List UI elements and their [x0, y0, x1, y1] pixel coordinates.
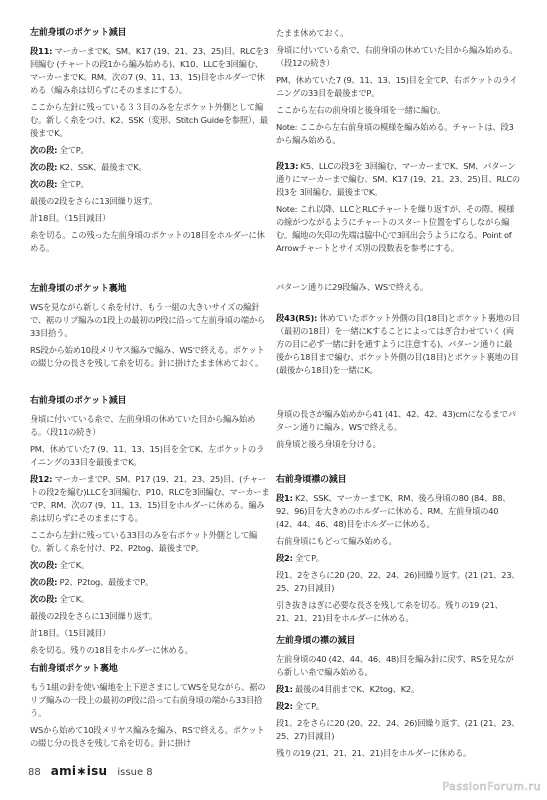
paragraph: 最後の2段をさらに13回繰り返す。 — [30, 610, 270, 623]
paragraph: ここから左針に残っている３３目のみを左ポケット外側として編む。新しく糸をつけ、K… — [30, 101, 270, 140]
paragraph: 段1、2をさらに20 (20、22、24、26)回繰り返す。(21 (21、23… — [276, 569, 520, 595]
paragraph: 段2: 全てP。 — [276, 552, 520, 565]
page-footer: 88 ami∗isu issue 8 — [28, 764, 153, 778]
section-right-neck-decrease: 右前身頃襟の減目 段1: K2、SSK、マーカーまでK、RM、後ろ身頃の80 (… — [276, 474, 520, 625]
section-right-pocket-decrease: 右前身頃のポケット減目 身頃に付いている糸で、左前身頃の休めていた目から編み始め… — [30, 395, 270, 657]
paragraph: 段43(RS): 休めていたポケット外側の目(18目)とポケット裏地の目（最初の… — [276, 312, 520, 377]
paragraph: 身頃の長さが編み始めから41 (41、42、42、43)cmになるまでパターン通… — [276, 408, 520, 434]
note-paragraph: Note: これ以降、LLCとRLCチャートを繰り返すが、その際、模様の線がつな… — [276, 203, 520, 255]
paragraph: 身頃に付いている糸で、右前身頃の休めていた目から編み始める。（段12の続き） — [276, 44, 520, 70]
section-row-13: 段13: K5、LLCの段3を 3回編む、マーカーまでK、SM、パターン通りにマ… — [276, 160, 520, 255]
paragraph: 身頃に付いている糸で、左前身頃の休めていた目から編み始める。（段11の続き） — [30, 413, 270, 439]
section-pattern-rows: パターン通りに29段編み、WSで終える。 — [276, 281, 520, 294]
paragraph: 計18目。（15目減目） — [30, 212, 270, 225]
paragraph: ここから左右の前身頃と後身頃を一緒に編む。 — [276, 104, 520, 117]
section-row-43: 段43(RS): 休めていたポケット外側の目(18目)とポケット裏地の目（最初の… — [276, 312, 520, 377]
section-left-pocket-decrease: 左前身頃のポケット減目 段11: マーカーまでK、SM、K17 (19、21、2… — [30, 27, 270, 255]
page-number: 88 — [28, 767, 41, 778]
paragraph: ここから左針に残っている33目のみを右ポケット外側として編む。新しく糸を付け、P… — [30, 529, 270, 555]
paragraph: 引き抜きはぎに必要な長さを残して糸を切る。残りの19 (21、21、21、21)… — [276, 599, 520, 625]
section-right-pocket-lining: 右前身頃ポケット裏地 もう1組の針を使い編地を上下逆さまにしてWSを見ながら、裾… — [30, 663, 270, 750]
section-left-pocket-lining: 左前身頃のポケット裏地 WSを見ながら新しく糸を付け、もう一組の大きいサイズの編… — [30, 283, 270, 370]
paragraph: 次の段: K2、SSK、最後までK。 — [30, 161, 270, 174]
paragraph: WSを見ながら新しく糸を付け、もう一組の大きいサイズの編針で、裾のリブ編みの1段… — [30, 301, 270, 340]
paragraph: 段1、2をさらに20 (20、22、24、26)回繰り返す。(21 (21、23… — [276, 717, 520, 743]
paragraph: 前身頃と後ろ身頃を分ける。 — [276, 438, 520, 451]
paragraph: 右前身頃にもどって編み始める。 — [276, 535, 520, 548]
section-heading: 右前身頃襟の減目 — [276, 474, 520, 487]
paragraph: WSから始めて10段メリヤス編みを編み、RSで終える。ポケットの綴じ分の長さを残… — [30, 724, 270, 750]
row-label: 段11: — [30, 46, 52, 56]
paragraph: 段1: K2、SSK、マーカーまでK、RM、後ろ身頃の80 (84、88、92、… — [276, 492, 520, 531]
paragraph: 段1: 最後の4目前までK、K2tog、K2。 — [276, 683, 520, 696]
issue-label: issue 8 — [117, 767, 152, 778]
paragraph: 段2: 全てP。 — [276, 700, 520, 713]
paragraph: 次の段: 全てK。 — [30, 593, 270, 606]
paragraph: 左前身頃の40 (42、44、46、48)目を編み針に戻す、RSを見ながら新しい… — [276, 653, 520, 679]
section-heading: 左前身頃のポケット裏地 — [30, 283, 270, 296]
paragraph: 段11: マーカーまでK、SM、K17 (19、21、23、25)目、RLCを3… — [30, 45, 270, 97]
paragraph: パターン通りに29段編み、WSで終える。 — [276, 281, 520, 294]
paragraph: PM、休めていた7 (9、11、13、15)目を全てP、右ポケットのライニングの… — [276, 74, 520, 100]
paragraph: 次の段: 全てP。 — [30, 178, 270, 191]
section-heading: 右前身頃のポケット減目 — [30, 395, 270, 408]
section-heading: 右前身頃ポケット裏地 — [30, 663, 270, 676]
paragraph: 糸を切る。この残った左前身頃のポケットの18目をホルダーに休める。 — [30, 229, 270, 255]
watermark: PassionForum.ru — [443, 780, 541, 793]
section-continuation: たまま休めておく。 身頃に付いている糸で、右前身頃の休めていた目から編み始める。… — [276, 27, 520, 147]
paragraph: 次の段: 全てK。 — [30, 559, 270, 572]
paragraph: もう1組の針を使い編地を上下逆さまにしてWSを見ながら、裾のリブ編みの一段上の最… — [30, 681, 270, 720]
section-body-length: 身頃の長さが編み始めから41 (41、42、42、43)cmになるまでパターン通… — [276, 408, 520, 451]
section-left-neck-decrease: 左前身頃の襟の減目 左前身頃の40 (42、44、46、48)目を編み針に戻す、… — [276, 635, 520, 760]
paragraph: 糸を切る。残りの18目をホルダーに休める。 — [30, 644, 270, 657]
paragraph: RS段から始め10段メリヤス編みで編み、WSで終える。ポケットの綴じ分の長さを残… — [30, 344, 270, 370]
paragraph: 計18目。（15目減目） — [30, 627, 270, 640]
paragraph: PM、休めていた7 (9、11、13、15)目を全てK、左ポケットのライニングの… — [30, 443, 270, 469]
note-paragraph: Note: ここから左右前身頃の模様を編み始める。チャートは、段3から編み始める… — [276, 121, 520, 147]
paragraph: 次の段: P2、P2tog、最後までP。 — [30, 576, 270, 589]
paragraph: 段13: K5、LLCの段3を 3回編む、マーカーまでK、SM、パターン通りにマ… — [276, 160, 520, 199]
paragraph: 最後の2段をさらに13回繰り返す。 — [30, 195, 270, 208]
section-heading: 左前身頃の襟の減目 — [276, 635, 520, 648]
section-heading: 左前身頃のポケット減目 — [30, 27, 270, 40]
magazine-logo: ami∗isu — [51, 764, 108, 778]
paragraph: 段12: マーカーまでP、SM、P17 (19、21、23、25)目、(チャート… — [30, 473, 270, 525]
paragraph: 残りの19 (21、21、21、21)目をホルダーに休める。 — [276, 747, 520, 760]
paragraph: たまま休めておく。 — [276, 27, 520, 40]
paragraph: 次の段: 全てP。 — [30, 144, 270, 157]
